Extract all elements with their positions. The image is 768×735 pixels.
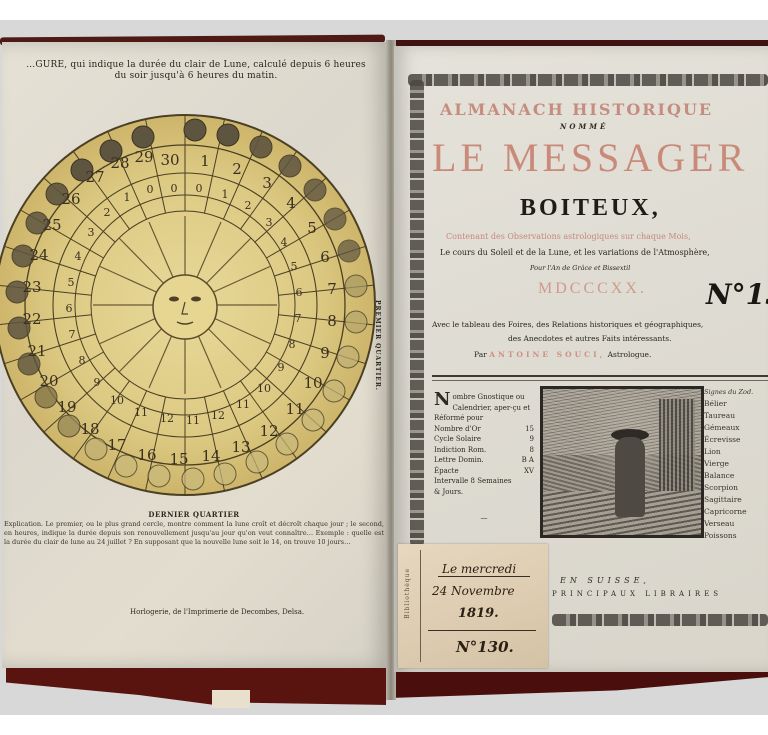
white-margin-bottom xyxy=(0,715,768,735)
notice-row: Nombre d'Or15 xyxy=(434,424,534,435)
svg-text:3: 3 xyxy=(266,216,273,229)
side-caption-first-quarter: PREMIER QUARTIER. xyxy=(374,300,381,391)
zodiac-sign: Écrevisse xyxy=(704,434,768,446)
svg-text:11: 11 xyxy=(186,414,200,427)
svg-text:30: 30 xyxy=(160,151,179,169)
notice-label: Lettre Domin. xyxy=(434,455,484,466)
svg-text:10: 10 xyxy=(110,394,124,407)
imprint-line-1: EN SUISSE, xyxy=(560,576,650,585)
svg-text:6: 6 xyxy=(320,248,330,266)
svg-text:4: 4 xyxy=(75,250,82,263)
cover-tear xyxy=(212,690,250,708)
author-role: Astrologue. xyxy=(608,350,652,359)
label-line-1: Le mercredi xyxy=(442,562,516,576)
notice-label: Nombre d'Or xyxy=(434,424,481,435)
svg-text:2: 2 xyxy=(104,206,111,219)
svg-text:6: 6 xyxy=(66,302,73,315)
svg-text:23: 23 xyxy=(22,278,41,296)
svg-text:1: 1 xyxy=(124,191,131,204)
svg-text:12: 12 xyxy=(259,422,278,440)
woodcut-illustration xyxy=(540,386,704,538)
svg-text:2: 2 xyxy=(232,160,242,178)
svg-text:15: 15 xyxy=(169,450,188,468)
notice-row: Indiction Rom.8 xyxy=(434,445,534,456)
left-page-heading: …GURE, qui indique la durée du clair de … xyxy=(4,60,388,82)
title-nomme: NOMMÉ xyxy=(560,122,608,131)
subtitle-black: Le cours du Soleil et de la Lune, et les… xyxy=(440,248,710,257)
zodiac-list: Signes du Zod. Bélier Taureau Gémeaux Éc… xyxy=(704,386,768,542)
subtitle-red: Contenant des Observations astrologiques… xyxy=(446,232,691,241)
white-margin-top xyxy=(0,0,768,20)
svg-text:0: 0 xyxy=(147,183,154,196)
notice-row: Cycle Solaire9 xyxy=(434,434,534,445)
notice-row: Intervalle 8 Semaines xyxy=(434,476,534,487)
notice-value: B A xyxy=(522,455,534,466)
zodiac-sign: Vierge xyxy=(704,458,768,470)
zodiac-sign: Lion xyxy=(704,446,768,458)
notice-row: Lettre Domin.B A xyxy=(434,455,534,466)
heading-line-2: du soir jusqu'à 6 heures du matin. xyxy=(4,71,388,82)
zodiac-sign: Verseau xyxy=(704,518,768,530)
svg-text:8: 8 xyxy=(79,354,86,367)
svg-text:19: 19 xyxy=(57,398,76,416)
ornamental-border-left xyxy=(410,80,424,546)
notice-value: XV xyxy=(524,466,534,477)
svg-text:9: 9 xyxy=(320,344,330,362)
zodiac-sign: Bélier xyxy=(704,398,768,410)
notice-row: ÉpacteXV xyxy=(434,466,534,477)
zodiac-sign: Gémeaux xyxy=(704,422,768,434)
notice-row: & Jours. xyxy=(434,487,534,498)
label-line-3: 1819. xyxy=(458,606,499,621)
svg-text:25: 25 xyxy=(42,216,61,234)
notice-label: Épacte xyxy=(434,466,459,477)
svg-text:22: 22 xyxy=(22,310,41,328)
svg-text:3: 3 xyxy=(88,226,95,239)
svg-text:11: 11 xyxy=(134,406,148,419)
title-boiteux: BOITEUX, xyxy=(520,195,661,222)
svg-text:24: 24 xyxy=(29,246,48,264)
label-rule xyxy=(428,630,536,631)
svg-text:29: 29 xyxy=(134,148,153,166)
svg-text:7: 7 xyxy=(69,328,76,341)
svg-text:10: 10 xyxy=(257,382,271,395)
svg-text:2: 2 xyxy=(245,199,252,212)
svg-text:28: 28 xyxy=(110,154,129,172)
ornamental-border-top xyxy=(408,74,768,86)
svg-text:8: 8 xyxy=(327,312,337,330)
svg-text:16: 16 xyxy=(137,446,156,464)
zodiac-sign: Capricorne xyxy=(704,506,768,518)
svg-text:5: 5 xyxy=(68,276,75,289)
pour-line: Pour l'An de Grâce et Bissextil xyxy=(530,264,630,272)
svg-text:1: 1 xyxy=(200,152,210,170)
notice-value: 8 xyxy=(530,445,534,456)
imprint-line-2: PRINCIPAUX LIBRAIRES xyxy=(552,590,722,598)
dial-caption: DERNIER QUARTIER xyxy=(0,510,388,519)
heading-line-1: …GURE, qui indique la durée du clair de … xyxy=(4,60,388,71)
svg-text:12: 12 xyxy=(211,409,225,422)
notice-dropcap: N xyxy=(434,392,450,408)
svg-text:5: 5 xyxy=(307,219,317,237)
notice-label: Cycle Solaire xyxy=(434,434,481,445)
svg-text:13: 13 xyxy=(231,438,250,456)
printer-signature: Horlogerie, de l'Imprimerie de Decombes,… xyxy=(130,608,304,616)
author-line: Par ANTOINE SOUCI, Astrologue. xyxy=(474,350,651,359)
zodiac-sign: Balance xyxy=(704,470,768,482)
author-name: ANTOINE SOUCI, xyxy=(489,350,605,359)
svg-text:21: 21 xyxy=(27,342,46,360)
notice-label: Indiction Rom. xyxy=(434,445,486,456)
svg-text:20: 20 xyxy=(39,372,58,390)
divider-rule-thin xyxy=(432,380,768,381)
svg-text:11: 11 xyxy=(285,400,304,418)
svg-text:5: 5 xyxy=(291,260,298,273)
label-underline xyxy=(438,576,530,577)
svg-text:4: 4 xyxy=(286,194,296,212)
zodiac-sign: Taureau xyxy=(704,410,768,422)
ornamental-border-bottom xyxy=(552,614,768,626)
explanation-text: Explication. Le premier, ou le plus gran… xyxy=(4,520,384,547)
svg-text:6: 6 xyxy=(296,286,303,299)
notice-value: 9 xyxy=(530,434,534,445)
notice-label: Intervalle 8 Semaines xyxy=(434,476,511,487)
svg-text:4: 4 xyxy=(281,236,288,249)
calendar-notice: N ombre Gnostique ou Calendrier, aper-çu… xyxy=(434,392,534,524)
svg-text:1: 1 xyxy=(222,188,229,201)
svg-text:9: 9 xyxy=(94,376,101,389)
svg-text:27: 27 xyxy=(85,168,104,186)
zodiac-heading: Signes du Zod. xyxy=(704,386,768,398)
avec-line-2: des Anecdotes et autres Faits intéressan… xyxy=(508,334,672,343)
lunar-dial: 30123 4567 891011 12131415 16171819 2021… xyxy=(0,104,379,504)
zodiac-sign: Sagittaire xyxy=(704,494,768,506)
svg-text:18: 18 xyxy=(80,420,99,438)
svg-text:3: 3 xyxy=(262,174,272,192)
label-line-2: 24 Novembre xyxy=(432,584,515,598)
label-margin-line xyxy=(420,550,421,662)
svg-text:0: 0 xyxy=(196,182,203,195)
divider-rule xyxy=(432,375,768,377)
svg-text:17: 17 xyxy=(107,436,126,454)
svg-text:10: 10 xyxy=(303,374,322,392)
svg-text:11: 11 xyxy=(236,398,250,411)
par-prefix: Par xyxy=(474,350,487,359)
svg-text:7: 7 xyxy=(295,312,302,325)
svg-text:8: 8 xyxy=(289,338,296,351)
notice-separator: — xyxy=(434,513,534,524)
svg-text:26: 26 xyxy=(61,190,80,208)
svg-text:0: 0 xyxy=(171,182,178,195)
avec-line-1: Avec le tableau des Foires, des Relation… xyxy=(432,320,703,329)
svg-text:7: 7 xyxy=(327,280,337,298)
label-line-4: N°130. xyxy=(456,638,514,656)
zodiac-sign: Poissons xyxy=(704,530,768,542)
handwritten-number: N°15 xyxy=(706,278,768,311)
svg-text:9: 9 xyxy=(278,361,285,374)
notice-value: 15 xyxy=(525,424,534,435)
label-margin-text: Bibliothèque xyxy=(404,568,411,619)
svg-text:14: 14 xyxy=(201,447,220,465)
handwritten-label: Bibliothèque Le mercredi 24 Novembre 181… xyxy=(398,544,548,668)
title-le-messager: LE MESSAGER xyxy=(432,134,748,181)
traveller-figure xyxy=(615,437,645,517)
svg-text:12: 12 xyxy=(160,412,174,425)
sun-face-icon xyxy=(153,275,217,339)
year-roman: MDCCCXX. xyxy=(538,280,647,298)
title-almanach: ALMANACH HISTORIQUE xyxy=(440,100,713,119)
notice-label: & Jours. xyxy=(434,487,463,498)
zodiac-sign: Scorpion xyxy=(704,482,768,494)
